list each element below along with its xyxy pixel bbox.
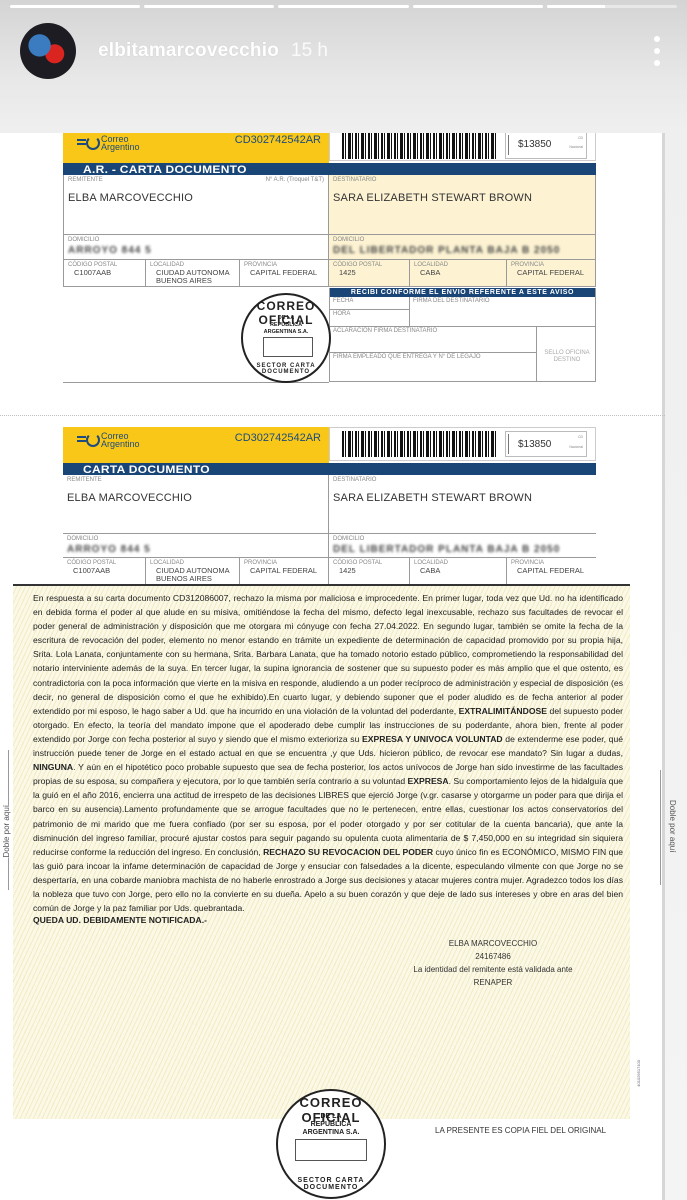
- post-time: 15 h: [291, 40, 328, 62]
- cp-destinatario: 1425: [333, 269, 405, 277]
- fecha-cell: FECHA: [330, 297, 410, 310]
- copia-fiel-text: LA PRESENTE ES COPIA FIEL DEL ORIGINAL: [435, 1126, 606, 1135]
- letter-body: En respuesta a su carta documento CD3120…: [13, 584, 630, 1119]
- domicilio-remitente: ARROYO 844 5: [67, 544, 324, 555]
- remitente-label: REMITENTE: [68, 177, 103, 184]
- seal-line-3: ARGENTINA S.A.: [278, 1129, 384, 1136]
- correo-oficial-seal-bottom: CORREO OFICIAL DE LA REPUBLICA ARGENTINA…: [276, 1089, 386, 1199]
- brand-band: CorreoArgentino CD302742542AR: [63, 427, 329, 463]
- provincia-remitente-cell: PROVINCIACAPITAL FEDERAL: [240, 558, 329, 584]
- letter-text: En respuesta a su carta documento CD3120…: [33, 591, 623, 915]
- postage-price: $13850: [518, 139, 551, 150]
- title-band: A.R. - CARTA DOCUMENTO: [63, 163, 596, 175]
- stamp-icon: [508, 434, 514, 454]
- cp-destinatario-cell: CÓDIGO POSTAL1425: [329, 558, 410, 584]
- progress-segment: [10, 5, 140, 8]
- progress-segment: [278, 5, 408, 8]
- correo-argentino-logo: CorreoArgentino: [77, 135, 140, 151]
- correo-logo-icon: [77, 433, 99, 447]
- domicilio-remitente-cell: DOMICILIO ARROYO 844 5: [63, 235, 329, 260]
- domicilio-destinatario-cell: DOMICILIO DEL LIBERTADOR PLANTA BAJA B 2…: [329, 235, 596, 260]
- brand-line-2: Argentino: [101, 440, 140, 448]
- localidad-destinatario-cell: LOCALIDADCABA: [410, 260, 507, 287]
- fold-here-right: Doble por aquí: [668, 800, 677, 852]
- progress-segment: [413, 5, 543, 8]
- provincia-remitente: CAPITAL FEDERAL: [244, 567, 324, 575]
- emphasis-text: EXPRESA: [408, 776, 449, 786]
- correo-oficial-seal: CORREO OFICIAL DE LA REPUBLICA ARGENTINA…: [241, 293, 331, 383]
- seal-box: [263, 337, 313, 357]
- seal-line-3: ARGENTINA S.A.: [243, 329, 329, 335]
- remitente-label: REMITENTE: [67, 477, 324, 484]
- domicilio-label: DOMICILIO: [333, 536, 592, 543]
- postage-stamp: $13850 CDNacional: [505, 431, 587, 457]
- domicilio-destinatario: DEL LIBERTADOR PLANTA BAJA B 2050: [333, 544, 592, 555]
- hora-cell: HORA: [330, 310, 410, 327]
- fold-line-right: [660, 770, 661, 885]
- story-progress-bar: [10, 5, 677, 8]
- carta-documento-form: CorreoArgentino CD302742542AR $13850 CDN…: [63, 427, 596, 584]
- progress-segment: [547, 5, 677, 8]
- tracking-number: CD302742542AR: [235, 134, 321, 146]
- notification-line: QUEDA UD. DEBIDAMENTE NOTIFICADA.-: [33, 915, 207, 925]
- provincia-remitente-cell: PROVINCIACAPITAL FEDERAL: [240, 260, 329, 287]
- emphasis-text: RECHAZO SU REVOCACION DEL PODER: [263, 847, 433, 857]
- cp-remitente-cell: CÓDIGO POSTALC1007AAB: [63, 260, 146, 287]
- seal-line-2: REPUBLICA: [243, 322, 329, 328]
- recibi-conforme-band: RECIBI CONFORME EL ENVIO REFERENTE A EST…: [330, 288, 595, 297]
- serial-number: 401029517100: [636, 1060, 641, 1087]
- emphasis-text: EXTRALIMITÁNDOSE: [459, 706, 547, 716]
- seal-line-2: REPUBLICA: [278, 1121, 384, 1128]
- cp-remitente: C1007AAB: [68, 269, 141, 277]
- localidad-remitente-cell: LOCALIDADCIUDAD AUTONOMABUENOS AIRES: [146, 260, 240, 287]
- form-title: A.R. - CARTA DOCUMENTO: [83, 162, 247, 175]
- emphasis-text: EXPRESA Y UNIVOCA VOLUNTAD: [362, 734, 503, 744]
- signature-dni: 24167486: [393, 950, 593, 963]
- renaper-note: La identidad del remitente está validada…: [393, 963, 593, 989]
- destinatario-cell: DESTINATARIO SARA ELIZABETH STEWART BROW…: [329, 175, 596, 235]
- story-header: elbitamarcovecchio 15 h: [20, 22, 667, 80]
- localidad-destinatario-cell: LOCALIDADCABA: [410, 558, 507, 584]
- avatar[interactable]: [20, 23, 76, 79]
- aclaracion-cell: ACLARACIÓN FIRMA DESTINATARIO: [330, 327, 537, 353]
- signature-block: ELBA MARCOVECCHIO 24167486 La identidad …: [393, 937, 593, 989]
- seal-bottom-text: SECTOR CARTA DOCUMENTO: [278, 1177, 384, 1191]
- destinatario-label: DESTINATARIO: [333, 177, 591, 184]
- divider: [0, 415, 665, 416]
- domicilio-destinatario-cell: DOMICILIO DEL LIBERTADOR PLANTA BAJA B 2…: [329, 534, 596, 558]
- aclaracion-label: ACLARACIÓN FIRMA DESTINATARIO: [333, 328, 533, 335]
- correo-logo-icon: [77, 136, 99, 150]
- localidad-remitente-2: BUENOS AIRES: [150, 575, 235, 583]
- fecha-label: FECHA: [333, 298, 406, 305]
- hora-label: HORA: [333, 311, 406, 318]
- provincia-destinatario: CAPITAL FEDERAL: [511, 567, 592, 575]
- domicilio-label: DOMICILIO: [68, 237, 324, 244]
- cp-remitente-cell: CÓDIGO POSTALC1007AAB: [63, 558, 146, 584]
- destinatario-name: SARA ELIZABETH STEWART BROWN: [333, 492, 592, 504]
- barcode: [342, 133, 497, 159]
- signature-name: ELBA MARCOVECCHIO: [393, 937, 593, 950]
- firma-empleado-label: FIRMA EMPLEADO QUE ENTREGA Y N° DE LEGAJ…: [333, 354, 533, 361]
- localidad-destinatario: CABA: [414, 567, 502, 575]
- destinatario-cell: DESTINATARIO SARA ELIZABETH STEWART BROW…: [329, 475, 596, 534]
- stamp-icon: [508, 135, 514, 155]
- domicilio-label: DOMICILIO: [333, 237, 591, 244]
- firma-destinatario-label: FIRMA DEL DESTINATARIO: [413, 298, 593, 305]
- username[interactable]: elbitamarcovecchio: [98, 40, 279, 62]
- localidad-destinatario: CABA: [414, 269, 502, 277]
- provincia-destinatario-cell: PROVINCIACAPITAL FEDERAL: [507, 260, 596, 287]
- title-band: CARTA DOCUMENTO: [63, 463, 596, 475]
- barcode-area: $13850 CDNacional: [329, 427, 596, 461]
- brand-band: CorreoArgentino CD302742542AR: [63, 133, 329, 163]
- seal-bottom-text: SECTOR CARTA DOCUMENTO: [243, 363, 329, 375]
- localidad-remitente-cell: LOCALIDADCIUDAD AUTONOMABUENOS AIRES: [146, 558, 240, 584]
- postage-price: $13850: [518, 439, 551, 450]
- ar-number-label: N° A.R. (Troquel T&T): [266, 177, 324, 184]
- more-vertical-icon[interactable]: [647, 31, 667, 71]
- seal-line-1: DE LA: [278, 1113, 384, 1120]
- domicilio-remitente-cell: DOMICILIO ARROYO 844 5: [63, 534, 329, 558]
- barcode-area: $13850 CDNacional: [329, 133, 596, 161]
- domicilio-destinatario: DEL LIBERTADOR PLANTA BAJA B 2050: [333, 245, 591, 256]
- provincia-destinatario: CAPITAL FEDERAL: [511, 269, 591, 277]
- remitente-name: ELBA MARCOVECCHIO: [67, 492, 324, 504]
- receipt-block: RECIBI CONFORME EL ENVIO REFERENTE A EST…: [329, 288, 596, 382]
- destinatario-label: DESTINATARIO: [333, 477, 592, 484]
- fold-here-left: Doble por aquí: [2, 805, 11, 857]
- form-title: CARTA DOCUMENTO: [83, 462, 210, 475]
- brand-line-2: Argentino: [101, 143, 140, 151]
- barcode: [342, 431, 497, 457]
- sello-oficina-label: SELLO OFICINA DESTINO: [542, 350, 592, 364]
- cp-destinatario: 1425: [333, 567, 405, 575]
- provincia-destinatario-cell: PROVINCIACAPITAL FEDERAL: [507, 558, 596, 584]
- seal-line-1: DE LA: [243, 315, 329, 321]
- firma-destinatario-cell: FIRMA DEL DESTINATARIO: [410, 297, 596, 327]
- cp-destinatario-cell: CÓDIGO POSTAL1425: [329, 260, 410, 287]
- firma-empleado-cell: FIRMA EMPLEADO QUE ENTREGA Y N° DE LEGAJ…: [330, 353, 537, 381]
- domicilio-remitente: ARROYO 844 5: [68, 245, 324, 256]
- correo-argentino-logo: CorreoArgentino: [77, 432, 140, 448]
- domicilio-label: DOMICILIO: [67, 536, 324, 543]
- remitente-cell: REMITENTEN° A.R. (Troquel T&T) ELBA MARC…: [63, 175, 329, 235]
- postage-stamp: $13850 CDNacional: [505, 133, 587, 159]
- remitente-name: ELBA MARCOVECCHIO: [68, 192, 324, 204]
- remitente-cell: REMITENTE ELBA MARCOVECCHIO: [63, 475, 329, 534]
- seal-box: [295, 1139, 367, 1161]
- cp-remitente: C1007AAB: [67, 567, 141, 575]
- provincia-remitente: CAPITAL FEDERAL: [244, 269, 324, 277]
- localidad-remitente-2: BUENOS AIRES: [150, 277, 235, 285]
- progress-segment: [144, 5, 274, 8]
- emphasis-text: NINGUNA: [33, 762, 73, 772]
- tracking-number: CD302742542AR: [235, 432, 321, 444]
- destinatario-name: SARA ELIZABETH STEWART BROWN: [333, 192, 591, 204]
